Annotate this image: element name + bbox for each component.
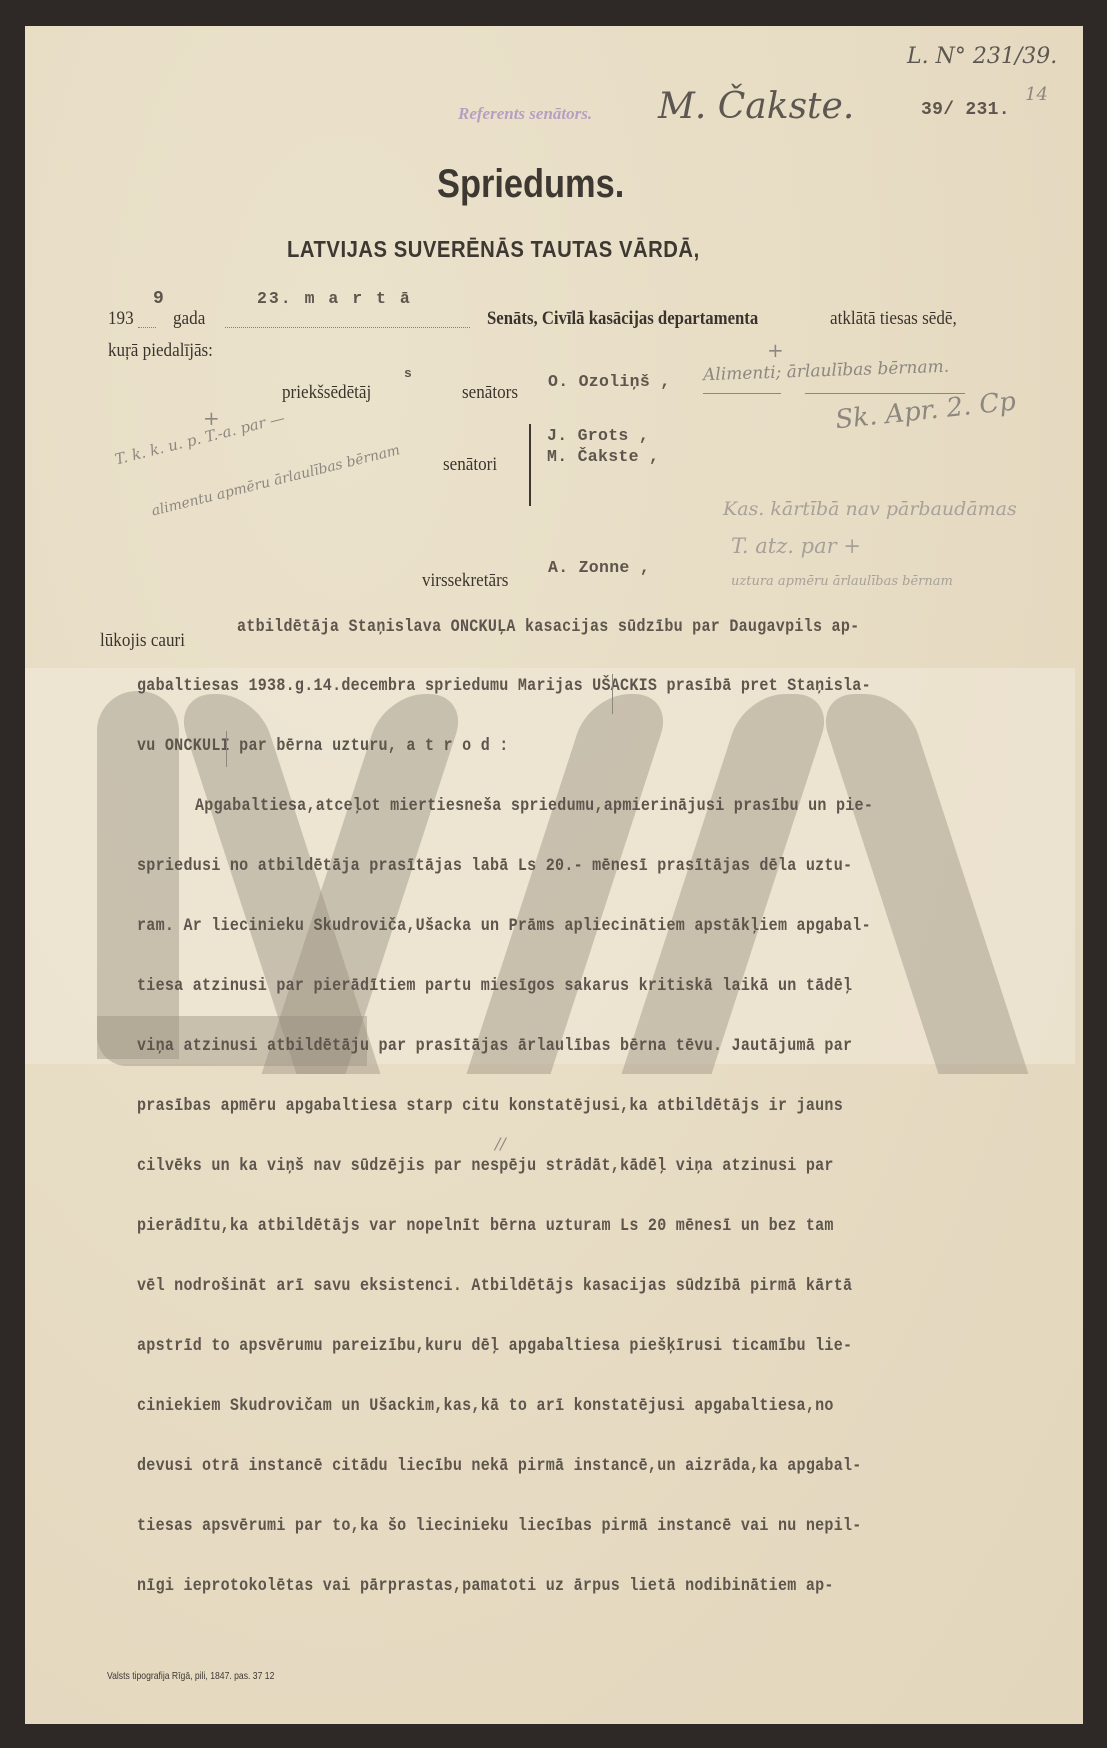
senator-name-1: J. Grots , [547, 426, 649, 445]
margin-note-right-1: Kas. kārtībā nav pārbaudāmas [723, 498, 1017, 520]
insert-mark-left: + [203, 406, 220, 430]
margin-note-left-2: alimentu apmēru ārlaulības bērnam [150, 442, 402, 519]
senator-name-2: M. Čakste , [547, 447, 659, 466]
reviewed-label: lūkojis cauri [100, 630, 185, 652]
margin-note-left-1: T. k. k. u. p. T.-a. par — [113, 409, 287, 469]
document-page: Referents senātors. M. Čakste. L. N° 231… [25, 26, 1083, 1724]
senators-bracket [529, 424, 531, 506]
gada-label: gada [173, 308, 205, 330]
secretary-name: A. Zonne , [548, 558, 650, 577]
pencil-mark-2 [226, 731, 227, 767]
case-number-typed: 39/ 231. [921, 100, 1010, 120]
pencil-mark-1 [612, 674, 613, 714]
date-value: 23. m a r t ā [257, 289, 412, 308]
participants-label: kuŗā piedalījās: [108, 340, 213, 362]
year-suffix: 9 [153, 289, 164, 309]
body-line-8: viņa atzinusi atbildētāju par prasītājas… [137, 1036, 852, 1056]
margin-note-underline-1 [703, 393, 781, 394]
margin-note-subject: Alimenti; ārlaulības bērnam. [703, 357, 950, 386]
body-line-3: vu ONCKULI par bērna uzturu, a t r o d : [137, 736, 509, 756]
body-line-9: prasības apmēru apgabaltiesa starp citu … [137, 1096, 843, 1116]
body-line-1: atbildētāja Staņislava ONCKUĻA kasacijas… [237, 617, 859, 637]
body-line-13: apstrīd to apsvērumu pareizību,kuru dēļ … [137, 1336, 852, 1356]
case-ref-handwritten: L. N° 231/39. [907, 44, 1057, 69]
referent-signature: M. Čakste. [658, 86, 854, 127]
document-title: Spriedums. [437, 162, 624, 207]
body-line-16: tiesas apsvērumi par to,ka šo liecinieku… [137, 1516, 862, 1536]
body-line-10: cilvēks un ka viņš nav sūdzējis par nesp… [137, 1156, 834, 1176]
margin-note-right-3: uztura apmēru ārlaulības bērnam [731, 574, 953, 589]
chair-label: priekšsēdētāj [282, 382, 371, 404]
body-line-14: ciniekiem Skudrovičam un Ušackim,kas,kā … [137, 1396, 834, 1416]
year-prefix: 193 [108, 308, 134, 330]
court-name: Senāts, Civīlā kasācijas departamenta [487, 308, 758, 330]
secretary-label: virssekretārs [422, 570, 508, 592]
body-line-12: vēl nodrošināt arī savu eksistenci. Atbi… [137, 1276, 852, 1296]
body-line-15: devusi otrā instancē citādu liecību nekā… [137, 1456, 862, 1476]
body-line-7: tiesa atzinusi par pierādītiem partu mie… [137, 976, 852, 996]
referent-stamp: Referents senātors. [458, 104, 592, 124]
margin-note-right-2: T. atz. par + [731, 534, 861, 558]
body-line-2: gabaltiesas 1938.g.14.decembra spriedumu… [137, 676, 871, 696]
printer-imprint: Valsts tipografija Rīgā, pili, 1847. pas… [107, 1670, 274, 1682]
body-line-11: pierādītu,ka atbildētājs var nopelnīt bē… [137, 1216, 834, 1236]
date-blank [225, 327, 470, 328]
page-number-handwritten: 14 [1025, 84, 1048, 105]
body-line-6: ram. Ar liecinieku Skudroviča,Ušacka un … [137, 916, 871, 936]
senator-label: senātors [462, 382, 518, 404]
document-subtitle: LATVIJAS SUVERĒNĀS TAUTAS VĀRDĀ, [287, 236, 700, 263]
senators-label: senātori [443, 454, 497, 476]
double-mark: // [495, 1134, 506, 1153]
body-line-4: Apgabaltiesa,atceļot miertiesneša spried… [195, 796, 873, 816]
body-line-17: nīgi ieprotokolētas vai pārprastas,pamat… [137, 1576, 834, 1596]
year-blank [138, 327, 156, 328]
insert-mark: + [767, 338, 784, 362]
chair-name: O. Ozoliņš , [548, 372, 670, 391]
body-line-5: spriedusi no atbildētāja prasītājas labā… [137, 856, 852, 876]
chair-suffix: s [404, 366, 412, 381]
court-session: atklātā tiesas sēdē, [830, 308, 957, 330]
